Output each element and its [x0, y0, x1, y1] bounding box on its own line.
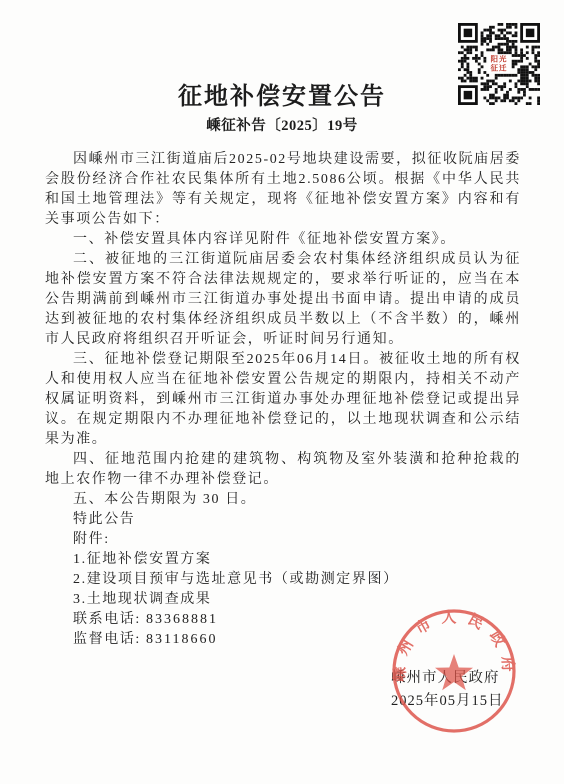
supervision-phone-number: 83118660: [146, 632, 217, 647]
page-title: 征地补偿安置公告: [0, 76, 564, 111]
supervision-phone-line: 监督电话: 83118660: [45, 630, 521, 650]
intro-paragraph: 因嵊州市三江街道庙后2025-02号地块建设需要，拟征收阮庙居委会股份经济合作社…: [45, 150, 521, 230]
item-1-paragraph: 一、补偿安置具体内容详见附件《征地补偿安置方案》。: [45, 230, 521, 250]
document-number: 嵊征补告〔2025〕19号: [0, 114, 564, 135]
attachment-item: 1.征地补偿安置方案: [45, 550, 521, 570]
issue-date: 2025年05月15日: [391, 690, 504, 713]
signature-block: 嵊州市人民政府 2025年05月15日: [391, 667, 504, 713]
announcement-page: 阳光 征迁 征地补偿安置公告 嵊征补告〔2025〕19号 因嵊州市三江街道庙后2…: [0, 0, 564, 784]
supervision-phone-label: 监督电话:: [73, 632, 141, 647]
qr-label-line2: 征迁: [491, 64, 508, 73]
item-3-paragraph: 三、征地补偿登记期限至2025年06月14日。被征收土地的所有权人和使用权人应当…: [45, 350, 521, 450]
qr-center-label: 阳光 征迁: [489, 55, 510, 74]
contact-phone-line: 联系电话: 83368881: [45, 610, 521, 630]
contact-phone-label: 联系电话:: [73, 612, 141, 627]
item-2-paragraph: 二、被征地的三江街道阮庙居委会农村集体经济组织成员认为征地补偿安置方案不符合法律…: [45, 250, 521, 350]
attachment-item: 2.建设项目预审与选址意见书（或勘测定界图）: [45, 570, 521, 590]
attachments-heading: 附件:: [45, 530, 521, 550]
item-5-paragraph: 五、本公告期限为 30 日。: [45, 490, 521, 510]
closing-line: 特此公告: [45, 510, 521, 530]
announcement-body: 因嵊州市三江街道庙后2025-02号地块建设需要，拟征收阮庙居委会股份经济合作社…: [45, 150, 521, 650]
attachment-item: 3.土地现状调查成果: [45, 590, 521, 610]
contact-phone-number: 83368881: [146, 612, 218, 627]
item-4-paragraph: 四、征地范围内抢建的建筑物、构筑物及室外装潢和抢种抢栽的地上农作物一律不办理补偿…: [45, 450, 521, 490]
issuer-name: 嵊州市人民政府: [391, 667, 504, 690]
